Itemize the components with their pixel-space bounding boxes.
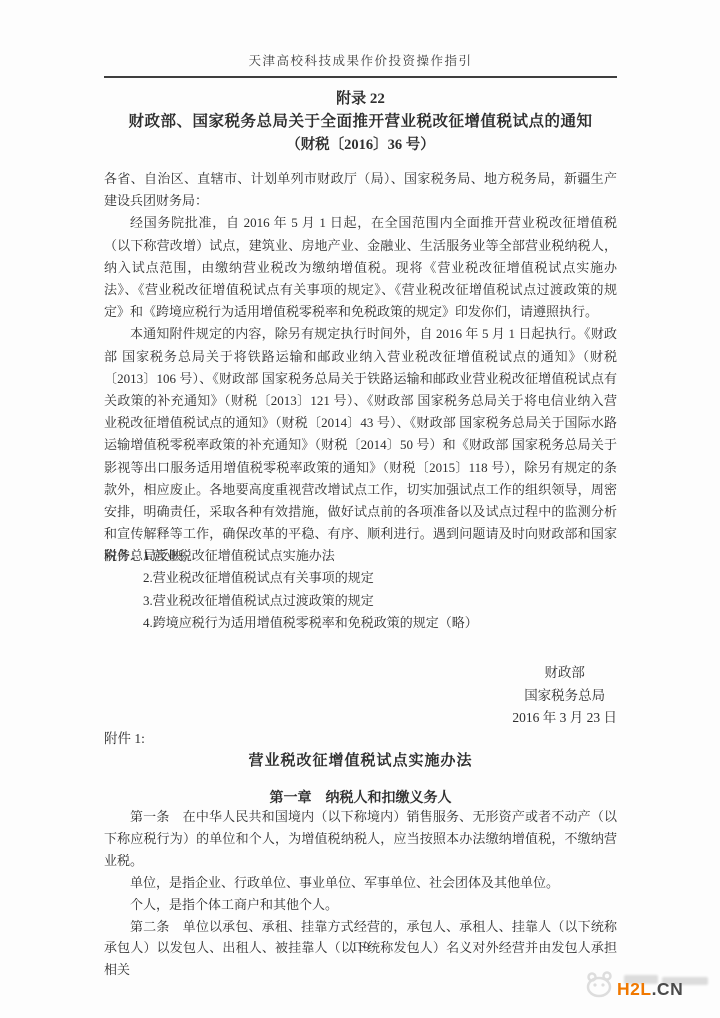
signature-issuer: 财政部 xyxy=(512,662,617,685)
body-paragraph: 本通知附件规定的内容，除另有规定执行时间外，自 2016 年 5 月 1 日起执… xyxy=(104,323,617,567)
article-paragraph: 第一条 在中华人民共和国境内（以下称境内）销售服务、无形资产或者不动产（以下称应… xyxy=(104,806,617,872)
attachment1-label: 附件 1: xyxy=(104,727,617,747)
header-divider xyxy=(104,76,617,78)
signature-issuer: 国家税务总局 xyxy=(512,685,617,708)
attachment-row: 附件： 1.营业税改征增值税试点实施办法 xyxy=(104,545,617,567)
attachment-item: 1.营业税改征增值税试点实施办法 xyxy=(143,545,335,567)
attachments-list: 附件： 1.营业税改征增值税试点实施办法 2.营业税改征增值税试点有关事项的规定… xyxy=(104,545,617,634)
page-number: 119 xyxy=(104,940,617,955)
article-paragraph: 个人，是指个体工商户和其他个人。 xyxy=(104,894,617,916)
attachment-item: 2.营业税改征增值税试点有关事项的规定 xyxy=(104,567,617,589)
attachment-item: 4.跨境应税行为适用增值税零税率和免税政策的规定（略） xyxy=(104,612,617,634)
signature-block: 财政部 国家税务总局 2016 年 3 月 23 日 xyxy=(512,662,617,730)
attachment1-title: 营业税改征增值税试点实施办法 xyxy=(104,749,617,770)
addressee-paragraph: 各省、自治区、直辖市、计划单列市财政厅（局）、国家税务局、地方税务局，新疆生产建… xyxy=(104,168,617,212)
article-paragraph: 单位，是指企业、行政单位、事业单位、军事单位、社会团体及其他单位。 xyxy=(104,872,617,894)
document-title: 财政部、国家税务总局关于全面推开营业税改征增值税试点的通知 xyxy=(104,109,617,131)
body-paragraph: 经国务院批准，自 2016 年 5 月 1 日起，在全国范围内全面推开营业税改征… xyxy=(104,212,617,323)
attachments-label: 附件： xyxy=(104,545,143,567)
appendix-label: 附录 22 xyxy=(104,87,617,108)
watermark: H2L.CN xyxy=(584,968,716,1004)
chapter-heading: 第一章 纳税人和扣缴义务人 xyxy=(104,787,617,807)
document-page: 天津高校科技成果作价投资操作指引 附录 22 财政部、国家税务总局关于全面推开营… xyxy=(0,0,720,1018)
watermark-text-primary: H2L xyxy=(617,979,652,999)
page-header-title: 天津高校科技成果作价投资操作指引 xyxy=(104,51,617,69)
notice-body: 各省、自治区、直辖市、计划单列市财政厅（局）、国家税务局、地方税务局，新疆生产建… xyxy=(104,168,617,568)
document-number: （财税〔2016〕36 号） xyxy=(104,133,617,154)
watermark-text: H2L.CN xyxy=(617,979,683,1000)
attachment-item: 3.营业税改征增值税试点过渡政策的规定 xyxy=(104,590,617,612)
watermark-logo-icon xyxy=(584,970,616,1000)
watermark-text-secondary: .CN xyxy=(652,979,684,999)
